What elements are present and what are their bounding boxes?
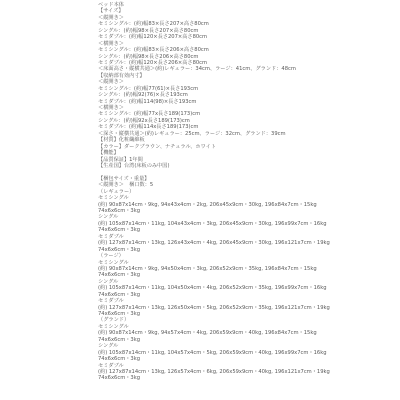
product-spec-document: ベッド本体 【サイズ】 ＜縦開き＞ セミシングル：(約)幅83×長さ207×高さ… (98, 2, 398, 382)
package-item-dims-cont: 74x6x6cm・3kg (98, 375, 398, 381)
